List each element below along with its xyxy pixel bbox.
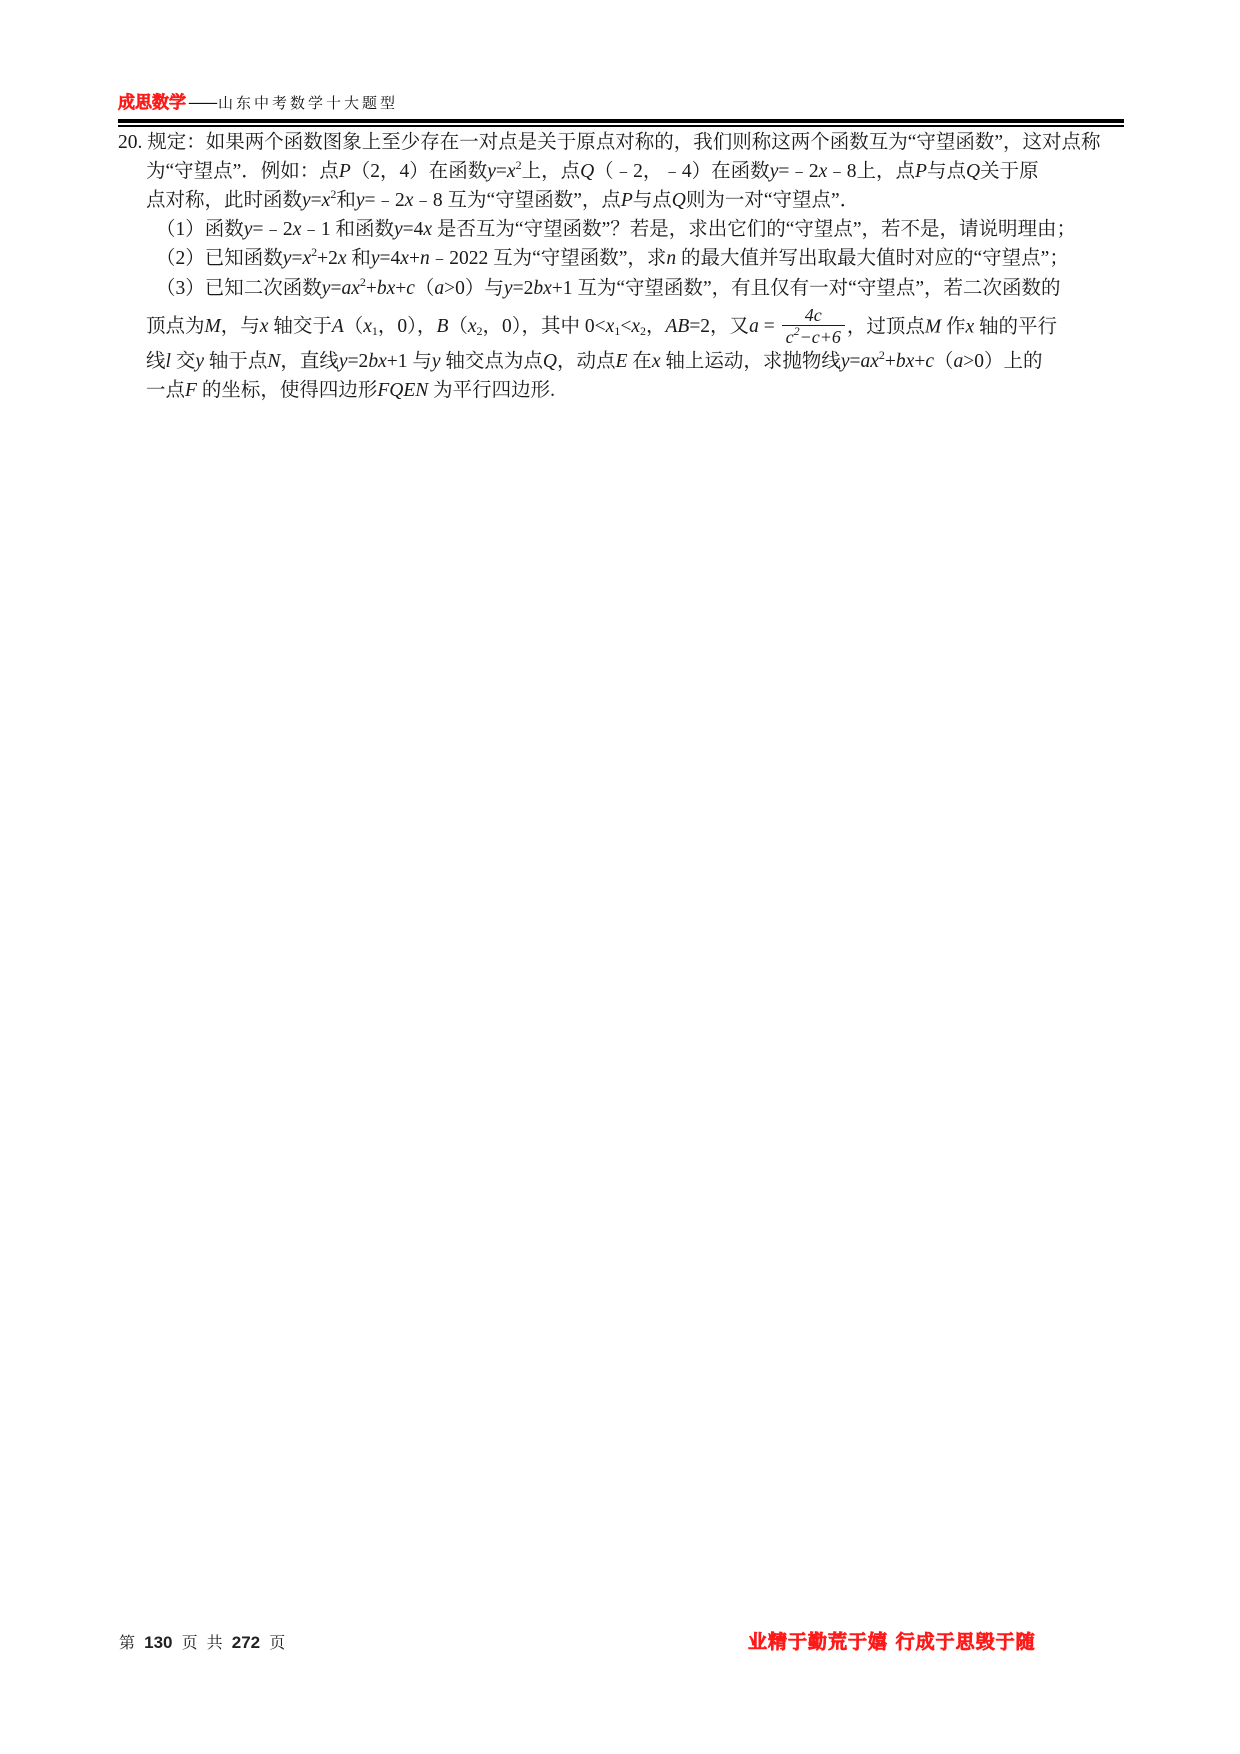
text-segment: 上，点 — [857, 161, 916, 182]
header-rule-thin — [118, 125, 1124, 127]
page-number: 第 130 页 共 272 页 — [119, 1630, 285, 1653]
point-p: P — [339, 161, 351, 182]
math-y-eq-x2: y — [487, 161, 496, 182]
part-3-text-2: 顶点为M，与x 轴交于A（x1，0），B（x2，0），其中 0<x1<x2，AB… — [146, 316, 780, 337]
part-2: （2）已知函数y=x2+2x 和y=4x+n﹣2022 互为“守望函数”，求n … — [156, 244, 1069, 273]
part-3-line-2: 顶点为M，与x 轴交于A（x1，0），B（x2，0），其中 0<x1<x2，AB… — [146, 308, 1057, 342]
page-suffix: 页 — [269, 1633, 285, 1652]
math-linear: y — [770, 161, 779, 182]
problem-intro: 规定：如果两个函数图象上至少存在一对点是关于原点对称的，我们则称这两个函数互为“… — [147, 132, 1100, 153]
text-segment: 与点 — [633, 190, 672, 211]
part-1-text: 函数y=﹣2x﹣1 和函数y=4x 是否互为“守望函数”？若是，求出它们的“守望… — [205, 219, 1076, 240]
part-3-line-4: 一点F 的坐标，使得四边形FQEN 为平行四边形. — [146, 376, 555, 405]
current-page: 130 — [144, 1633, 172, 1652]
page-mid: 页 共 — [182, 1633, 223, 1652]
part-1-label: （1） — [156, 219, 205, 240]
header-rule-thick — [118, 119, 1124, 123]
point-p: P — [915, 161, 927, 182]
part-3-line-3: 线l 交y 轴于点N，直线y=2bx+1 与y 轴交点为点Q，动点E 在x 轴上… — [146, 347, 1043, 376]
fraction-numerator: 4c — [801, 306, 826, 325]
point-q: Q — [966, 161, 980, 182]
text-segment: 和 — [336, 190, 356, 211]
text-segment: （﹣2，﹣4）在函数 — [594, 161, 770, 182]
part-3-label: （3） — [156, 278, 205, 299]
problem-line-3: 点对称，此时函数y=x2和y=﹣2x﹣8 互为“守望函数”，点P与点Q则为一对“… — [146, 186, 859, 215]
brand-title: 成思数学 — [118, 92, 186, 114]
part-3-text-3: 线l 交y 轴于点N，直线y=2bx+1 与y 轴交点为点Q，动点E 在x 轴上… — [146, 351, 1043, 372]
text-segment: 点对称，此时函数 — [146, 190, 302, 211]
part-3-line-1: （3）已知二次函数y=ax2+bx+c（a>0）与y=2bx+1 互为“守望函数… — [156, 274, 1060, 303]
part-1: （1）函数y=﹣2x﹣1 和函数y=4x 是否互为“守望函数”？若是，求出它们的… — [156, 215, 1076, 244]
text-segment: 上，点 — [522, 161, 581, 182]
page-header: 成思数学 —— 山东中考数学十大题型 — [118, 92, 398, 114]
problem-line-2: 为“守望点”．例如：点P（2，4）在函数y=x2上，点Q（﹣2，﹣4）在函数y=… — [146, 157, 1039, 186]
problem-line-1: 20. 规定：如果两个函数图象上至少存在一对点是关于原点对称的，我们则称这两个函… — [118, 128, 1101, 157]
fraction-denominator: c2−c+6 — [782, 325, 845, 346]
text-segment: 关于原 — [980, 161, 1039, 182]
text-segment: （2，4）在函数 — [351, 161, 488, 182]
fraction-a: 4cc2−c+6 — [782, 306, 845, 346]
problem-number: 20. — [118, 132, 142, 153]
point-p: P — [621, 190, 633, 211]
header-subtitle: 山东中考数学十大题型 — [218, 92, 398, 114]
point-q: Q — [672, 190, 686, 211]
part-3-text-4: 一点F 的坐标，使得四边形FQEN 为平行四边形. — [146, 380, 555, 401]
part-2-text: 已知函数y=x2+2x 和y=4x+n﹣2022 互为“守望函数”，求n 的最大… — [205, 248, 1069, 269]
text-segment: 为“守望点”．例如：点 — [146, 161, 339, 182]
total-pages: 272 — [232, 1633, 260, 1652]
footer-motto: 业精于勤荒于嬉 行成于思毁于随 — [748, 1627, 1036, 1654]
text-segment: 与点 — [927, 161, 966, 182]
header-separator: —— — [188, 92, 216, 114]
text-segment: 则为一对“守望点”． — [686, 190, 859, 211]
part-3-text-1: 已知二次函数y=ax2+bx+c（a>0）与y=2bx+1 互为“守望函数”，有… — [205, 278, 1061, 299]
text-segment: 互为“守望函数”，点 — [448, 190, 621, 211]
part-2-label: （2） — [156, 248, 205, 269]
point-q: Q — [580, 161, 594, 182]
part-3-text-2b: ，过顶点M 作x 轴的平行 — [847, 316, 1057, 337]
page-prefix: 第 — [119, 1633, 135, 1652]
